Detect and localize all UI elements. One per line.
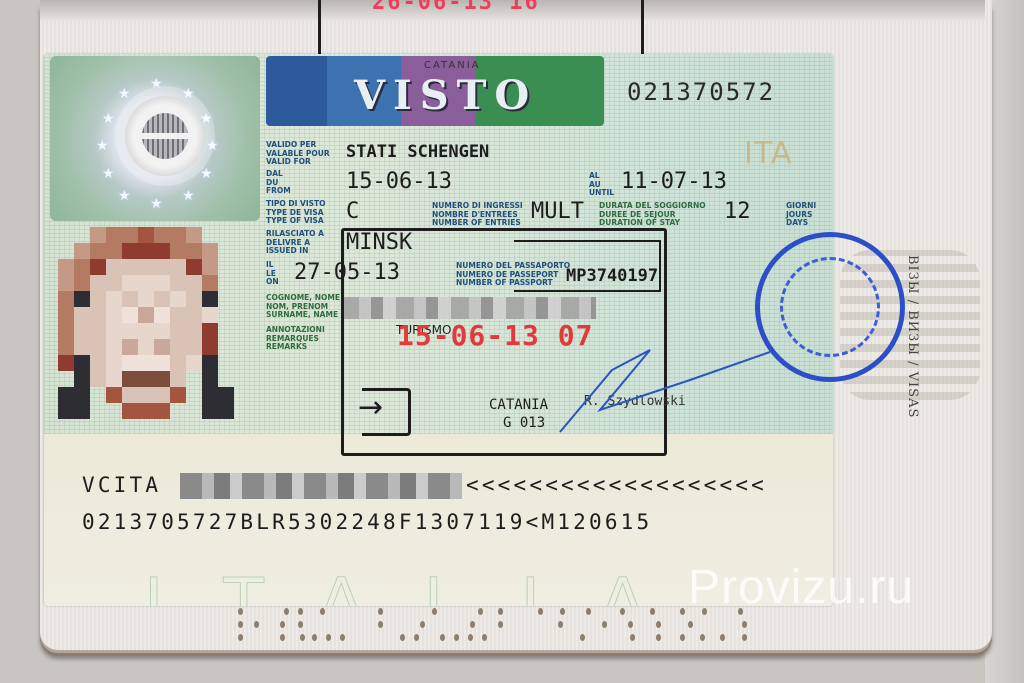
watermark: Provizu.ru — [688, 560, 914, 615]
consulate-seal — [755, 232, 905, 382]
